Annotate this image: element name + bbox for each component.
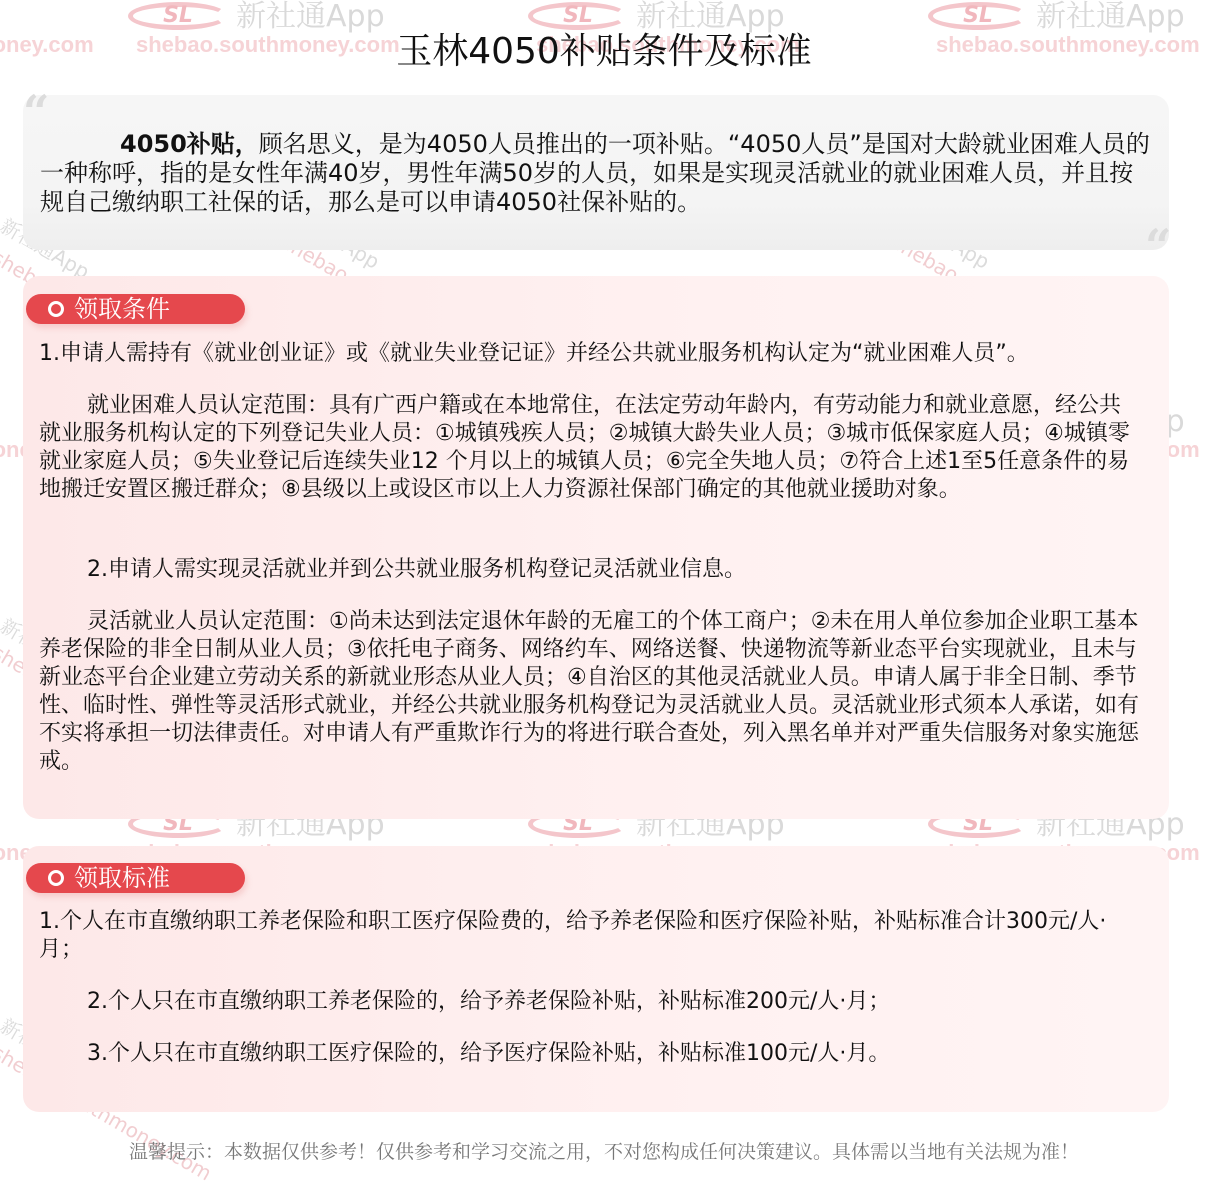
disclaimer-footer: 温馨提示：本数据仅供参考！仅供参考和学习交流之用，不对您构成任何决策建议。具体需… — [0, 1137, 1208, 1164]
page-title: 玉林4050补贴条件及标准 — [0, 30, 1208, 74]
paragraph: 2.申请人需实现灵活就业并到公共就业服务机构登记灵活就业信息。 — [39, 556, 1139, 584]
intro-bold-lead: 4050补贴， — [120, 130, 259, 158]
paragraph: 灵活就业人员认定范围：①尚未达到法定退休年龄的无雇工的个体工商户；②未在用人单位… — [39, 608, 1139, 776]
section-standards: 领取标准 1.个人在市直缴纳职工养老保险和职工医疗保险费的，给予养老保险和医疗保… — [23, 846, 1169, 1112]
section-conditions: 领取条件 1.申请人需持有《就业创业证》或《就业失业登记证》并经公共就业服务机构… — [23, 276, 1169, 819]
intro-text: 4050补贴，顾名思义，是为4050人员推出的一项补贴。“4050人员”是国对大… — [40, 130, 1152, 217]
close-quote-icon: “ — [1145, 223, 1171, 269]
section-heading: 领取标准 — [26, 863, 245, 893]
circle-icon — [48, 301, 64, 317]
sl-logo-icon: SL — [928, 2, 1028, 30]
paragraph: 1.个人在市直缴纳职工养老保险和职工医疗保险费的，给予养老保险和医疗保险补贴，补… — [39, 908, 1139, 964]
section-heading: 领取条件 — [26, 294, 245, 324]
open-quote-icon: “ — [23, 89, 49, 135]
sl-logo-icon: SL — [128, 2, 228, 30]
intro-box: “ “ 4050补贴，顾名思义，是为4050人员推出的一项补贴。“4050人员”… — [23, 95, 1169, 250]
paragraph: 就业困难人员认定范围：具有广西户籍或在本地常住，在法定劳动年龄内，有劳动能力和就… — [39, 392, 1139, 504]
sl-logo-icon: SL — [528, 2, 628, 30]
paragraph: 3.个人只在市直缴纳职工医疗保险的，给予医疗保险补贴，补贴标准100元/人·月。 — [39, 1040, 1139, 1068]
circle-icon — [48, 870, 64, 886]
paragraph: 2.个人只在市直缴纳职工养老保险的，给予养老保险补贴，补贴标准200元/人·月； — [39, 988, 1139, 1016]
paragraph: 1.申请人需持有《就业创业证》或《就业失业登记证》并经公共就业服务机构认定为“就… — [39, 340, 1139, 368]
